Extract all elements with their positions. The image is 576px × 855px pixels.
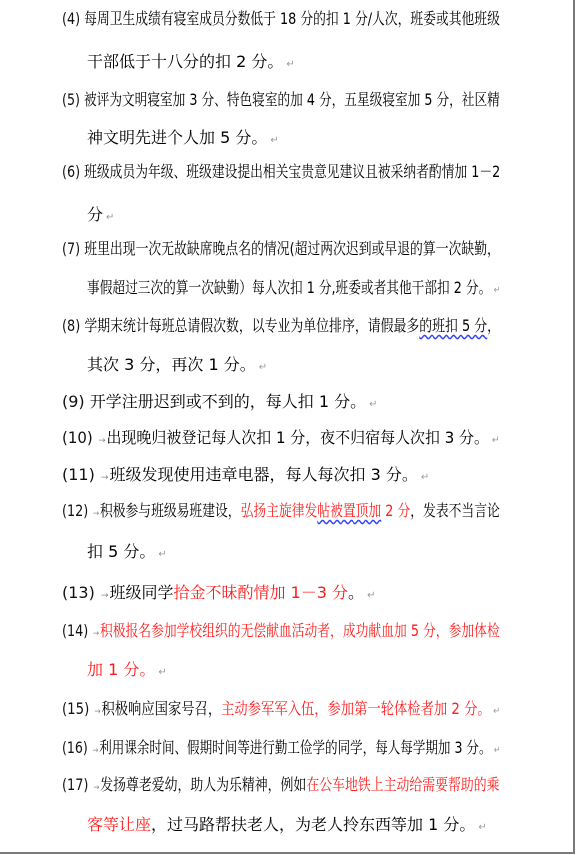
paragraph-line: (4) 每周卫生成绩有寝室成员分数低于 18 分的扣 1 分/人次，班委或其他班…	[62, 8, 500, 30]
body-text: 利用课余时间、假期时间等进行勤工俭学的同学，每人每学期加 3 分。	[99, 738, 491, 757]
tab-mark-icon: →	[93, 629, 99, 639]
paragraph-mark-icon: ↵	[478, 822, 486, 833]
highlighted-text: 帖被置顶加	[317, 501, 381, 520]
paragraph-mark-icon: ↵	[286, 59, 294, 70]
item-number: (15)	[62, 699, 94, 718]
item-number: (10)	[62, 428, 98, 447]
item-number: (11)	[62, 465, 100, 484]
paragraph-line: (5) 被评为文明寝室加 3 分、特色寝室的加 4 分，五星级寝室加 5 分，社…	[62, 89, 500, 111]
paragraph-line: (16) →利用课余时间、假期时间等进行勤工俭学的同学，每人每学期加 3 分。↵	[62, 737, 500, 759]
paragraph-mark-icon: ↵	[367, 590, 375, 601]
paragraph-line: (11) →班级发现使用违章电器，每人每次扣 3 分。↵	[62, 464, 429, 486]
body-text: 班级成员为年级、班级建设提出相关宝贵意见建议且被采纳者酌情加 1－2	[84, 162, 500, 181]
highlighted-text: 积极报名参加学校组织的无偿献血活动者，成功献血加 5 分，参加体检	[100, 621, 500, 640]
paragraph-mark-icon: ↵	[492, 435, 500, 446]
body-text: 其次 3 分，再次 1 分。	[87, 355, 256, 374]
body-text: 积极参与班级易班建设，	[100, 501, 241, 520]
paragraph-mark-icon: ↵	[369, 399, 377, 410]
item-number: (6)	[62, 162, 84, 181]
paragraph-mark-icon: ↵	[493, 706, 500, 717]
paragraph-mark-icon: ↵	[494, 285, 501, 296]
paragraph-mark-icon: ↵	[106, 212, 114, 223]
body-text: 积极响应国家号召，	[101, 699, 221, 718]
paragraph-line: (6) 班级成员为年级、班级建设提出相关宝贵意见建议且被采纳者酌情加 1－2	[62, 161, 500, 183]
paragraph-continuation-line: 加 1 分。↵	[87, 659, 167, 681]
paragraph-mark-icon: ↵	[158, 667, 166, 678]
body-text: 神文明先进个人加 5 分。	[87, 128, 267, 147]
paragraph-continuation-line: 其次 3 分，再次 1 分。↵	[87, 354, 267, 376]
paragraph-mark-icon: ↵	[259, 362, 267, 373]
item-number: (14)	[62, 621, 92, 640]
body-text: 事假超过三次的算一次缺勤）每人次扣 1 分,班委或者其他干部扣 2 分。	[87, 278, 491, 297]
body-text: 扣 5 分。	[87, 542, 155, 561]
item-number: (16)	[62, 738, 92, 757]
item-number: (12)	[62, 501, 92, 520]
item-number: (13)	[62, 583, 100, 602]
body-text: 的班扣 5 分	[419, 316, 487, 335]
paragraph-continuation-line: 客等让座，过马路帮扶老人，为老人拎东西等加 1 分。↵	[87, 814, 487, 836]
body-text: 学期末统计每班总请假次数，以专业为单位排序，请假最多	[84, 316, 419, 335]
paragraph-line: (8) 学期末统计每班总请假次数，以专业为单位排序，请假最多的班扣 5 分，	[62, 315, 500, 337]
body-text: 。	[348, 583, 364, 602]
highlighted-text: 主动参军军入伍，参加第一轮体检者加 2 分。	[221, 699, 491, 718]
paragraph-line: (14) →积极报名参加学校组织的无偿献血活动者，成功献血加 5 分，参加体检	[62, 620, 500, 642]
paragraph-continuation-line: 干部低于十八分的扣 2 分。↵	[87, 51, 295, 73]
paragraph-line: (15) →积极响应国家号召，主动参军军入伍，参加第一轮体检者加 2 分。↵	[62, 698, 500, 720]
item-number: (5)	[62, 90, 84, 109]
highlighted-text: 拾金不昧酌情加 1－3 分	[174, 583, 349, 602]
highlighted-text: 在公车地铁上主动给需要帮助的乘	[306, 775, 499, 794]
tab-mark-icon: →	[93, 746, 99, 756]
paragraph-line: (10) →出现晚归被登记每人次扣 1 分，夜不归宿每人次扣 3 分。↵	[62, 427, 500, 449]
paragraph-line: (7) 班里出现一次无故缺席晚点名的情况(超过两次迟到或早退的算一次缺勤，	[62, 238, 500, 260]
item-number: (7)	[62, 239, 84, 258]
paragraph-line: (12) →积极参与班级易班建设，弘扬主旋律发帖被置顶加 2 分，发表不当言论	[62, 500, 500, 522]
item-number: (9)	[62, 392, 90, 411]
item-number: (4)	[62, 9, 84, 28]
paragraph-continuation-line: 分↵	[87, 204, 114, 226]
tab-mark-icon: →	[93, 509, 99, 519]
paragraph-line: (13) →班级同学拾金不昧酌情加 1－3 分。↵	[62, 582, 375, 604]
highlighted-text: 2 分	[381, 501, 410, 520]
tab-mark-icon: →	[101, 591, 109, 601]
highlighted-text: 加 1 分。	[87, 660, 155, 679]
paragraph-line: (9) 开学注册迟到或不到的，每人扣 1 分。↵	[62, 391, 378, 413]
highlighted-text: 客等让座	[87, 815, 151, 834]
tab-mark-icon: →	[98, 436, 105, 446]
paragraph-mark-icon: ↵	[494, 745, 501, 756]
body-text: ，过马路帮扶老人，为老人拎东西等加 1 分。	[151, 815, 475, 834]
item-number: (17)	[62, 775, 93, 794]
tab-mark-icon: →	[93, 783, 99, 793]
paragraph-mark-icon: ↵	[158, 549, 166, 560]
tab-mark-icon: →	[101, 473, 109, 483]
body-text: 出现晚归被登记每人次扣 1 分，夜不归宿每人次扣 3 分。	[106, 428, 489, 447]
body-text: ，发表不当言论	[410, 501, 500, 520]
highlighted-text: 弘扬主旋律发	[241, 501, 318, 520]
body-text: 班里出现一次无故缺席晚点名的情况(超过两次迟到或早退的算一次缺勤，	[84, 239, 500, 258]
paragraph-mark-icon: ↵	[270, 135, 278, 146]
body-text: 发扬尊老爱幼，助人为乐精神，例如	[100, 775, 306, 794]
paragraph-continuation-line: 扣 5 分。↵	[87, 541, 167, 563]
paragraph-line: (17) →发扬尊老爱幼，助人为乐精神，例如在公车地铁上主动给需要帮助的乘	[62, 774, 500, 796]
body-text: 分	[87, 205, 103, 224]
paragraph-mark-icon: ↵	[421, 472, 429, 483]
body-text: 开学注册迟到或不到的，每人扣 1 分。	[90, 392, 366, 411]
body-text: 班级发现使用违章电器，每人每次扣 3 分。	[109, 465, 417, 484]
document-page: (4) 每周卫生成绩有寝室成员分数低于 18 分的扣 1 分/人次，班委或其他班…	[0, 0, 575, 854]
item-number: (8)	[62, 316, 84, 335]
body-text: 每周卫生成绩有寝室成员分数低于 18 分的扣 1 分/人次，班委或其他班级	[84, 9, 500, 28]
paragraph-continuation-line: 事假超过三次的算一次缺勤）每人次扣 1 分,班委或者其他干部扣 2 分。↵	[87, 277, 500, 299]
paragraph-continuation-line: 神文明先进个人加 5 分。↵	[87, 127, 279, 149]
body-text: 班级同学	[109, 583, 173, 602]
body-text: ，	[487, 316, 500, 335]
tab-mark-icon: →	[94, 707, 100, 717]
body-text: 被评为文明寝室加 3 分、特色寝室的加 4 分，五星级寝室加 5 分，社区精	[84, 90, 500, 109]
body-text: 干部低于十八分的扣 2 分。	[87, 52, 283, 71]
